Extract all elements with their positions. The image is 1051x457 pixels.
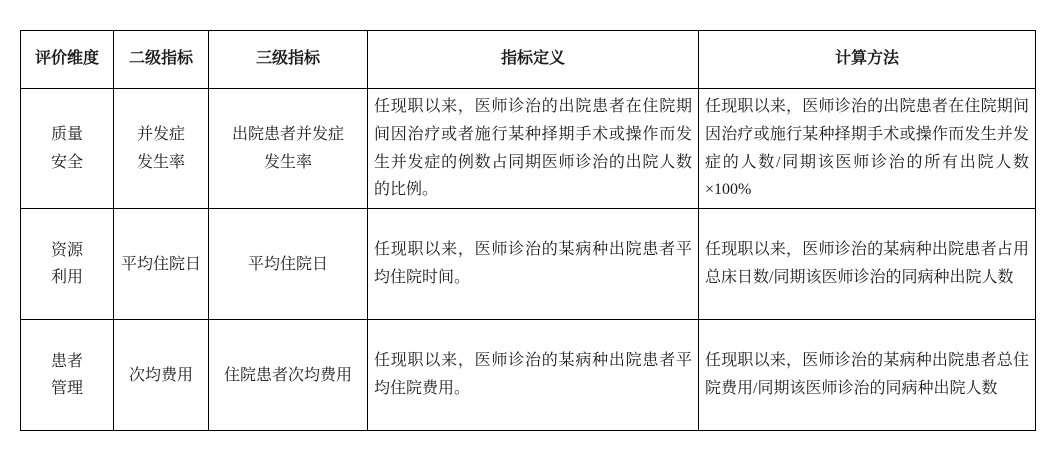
cell-indicator-definition: 任现职以来，医师诊治的出院患者在住院期间因治疗或者施行某种择期手术或操作而发生并… — [368, 89, 699, 209]
header-calculation-method: 计算方法 — [699, 31, 1036, 89]
cell-indicator-definition: 任现职以来，医师诊治的某病种出院患者平均住院时间。 — [368, 209, 699, 320]
cell-secondary-indicator: 次均费用 — [114, 320, 209, 431]
cell-dimension: 资源 利用 — [21, 209, 114, 320]
table-container: 评价维度 二级指标 三级指标 指标定义 计算方法 质量 安全 并发症 发生率 出… — [20, 30, 1036, 431]
indicator-table: 评价维度 二级指标 三级指标 指标定义 计算方法 质量 安全 并发症 发生率 出… — [20, 30, 1036, 431]
cell-tertiary-indicator: 住院患者次均费用 — [209, 320, 368, 431]
cell-secondary-indicator: 并发症 发生率 — [114, 89, 209, 209]
cell-tertiary-indicator: 出院患者并发症 发生率 — [209, 89, 368, 209]
table-row-patient-management: 患者 管理 次均费用 住院患者次均费用 任现职以来，医师诊治的某病种出院患者平均… — [21, 320, 1036, 431]
cell-dimension: 患者 管理 — [21, 320, 114, 431]
cell-calculation-method: 任现职以来，医师诊治的出院患者在住院期间因治疗或施行某种择期手术或操作而发生并发… — [699, 89, 1036, 209]
document-page: 评价维度 二级指标 三级指标 指标定义 计算方法 质量 安全 并发症 发生率 出… — [0, 0, 1051, 457]
header-evaluation-dimension: 评价维度 — [21, 31, 114, 89]
header-secondary-indicator: 二级指标 — [114, 31, 209, 89]
cell-indicator-definition: 任现职以来，医师诊治的某病种出院患者平均住院费用。 — [368, 320, 699, 431]
cell-tertiary-indicator: 平均住院日 — [209, 209, 368, 320]
cell-secondary-indicator: 平均住院日 — [114, 209, 209, 320]
table-row-resource-utilization: 资源 利用 平均住院日 平均住院日 任现职以来，医师诊治的某病种出院患者平均住院… — [21, 209, 1036, 320]
cell-calculation-method: 任现职以来，医师诊治的某病种出院患者总住院费用/同期该医师诊治的同病种出院人数 — [699, 320, 1036, 431]
header-row: 评价维度 二级指标 三级指标 指标定义 计算方法 — [21, 31, 1036, 89]
cell-calculation-method: 任现职以来，医师诊治的某病种出院患者占用总床日数/同期该医师诊治的同病种出院人数 — [699, 209, 1036, 320]
header-indicator-definition: 指标定义 — [368, 31, 699, 89]
header-tertiary-indicator: 三级指标 — [209, 31, 368, 89]
cell-dimension: 质量 安全 — [21, 89, 114, 209]
table-row-quality-safety: 质量 安全 并发症 发生率 出院患者并发症 发生率 任现职以来，医师诊治的出院患… — [21, 89, 1036, 209]
